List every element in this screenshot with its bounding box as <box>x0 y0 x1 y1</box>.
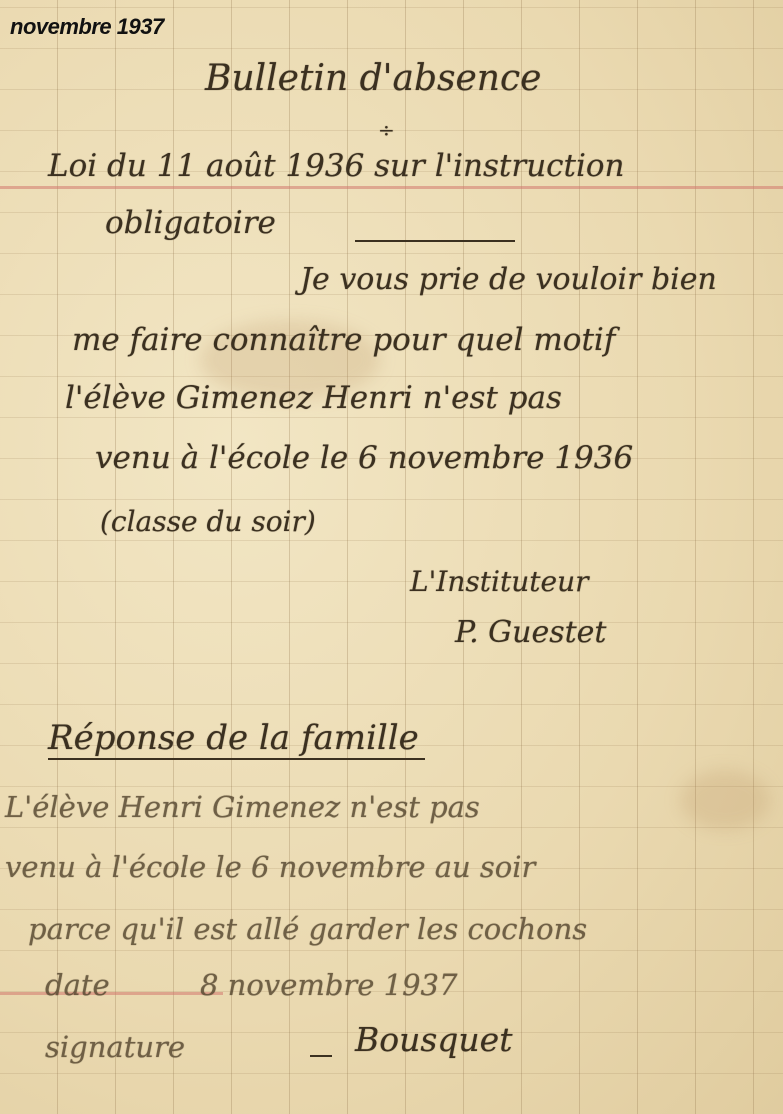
signature-role: L'Instituteur <box>410 565 589 598</box>
red-margin-rule <box>0 186 783 189</box>
title-ornament: ÷ <box>378 118 395 142</box>
request-line4: venu à l'école le 6 novembre 1936 <box>95 440 633 476</box>
flourish-line <box>355 240 515 242</box>
request-line2: me faire connaître pour quel motif <box>72 322 615 358</box>
reply-line3: parce qu'il est allé garder les cochons <box>28 912 587 946</box>
signature-dash <box>310 1055 332 1057</box>
law-reference-line1: Loi du 11 août 1936 sur l'instruction <box>48 148 625 184</box>
reply-heading: Réponse de la famille <box>48 718 425 760</box>
photo-caption: novembre 1937 <box>10 14 164 40</box>
request-line3: l'élève Gimenez Henri n'est pas <box>65 380 562 416</box>
date-label: date <box>45 968 110 1002</box>
parent-signature: Bousquet <box>355 1020 512 1059</box>
reply-line2: venu à l'école le 6 novembre au soir <box>5 850 535 884</box>
teacher-signature: P. Guestet <box>455 615 606 650</box>
reply-line1: L'élève Henri Gimenez n'est pas <box>5 790 480 824</box>
red-margin-rule <box>0 992 223 995</box>
request-line1: Je vous prie de vouloir bien <box>300 262 717 297</box>
law-reference-line2: obligatoire <box>105 205 276 241</box>
signature-label: signature <box>45 1030 185 1064</box>
paper-stain <box>680 770 770 830</box>
date-value: 8 novembre 1937 <box>200 968 457 1002</box>
request-line5: (classe du soir) <box>100 505 316 538</box>
document-title: Bulletin d'absence <box>205 58 541 99</box>
